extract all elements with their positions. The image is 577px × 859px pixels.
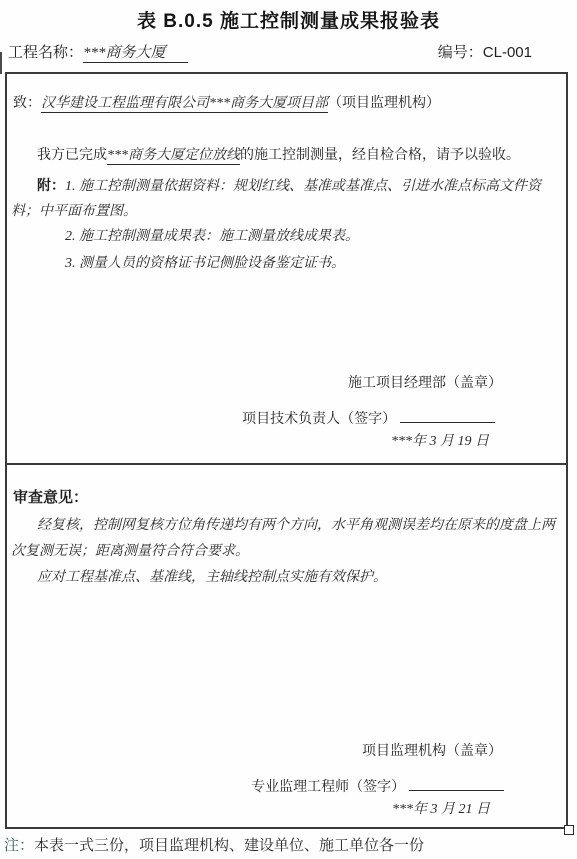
to-suffix: （项目监理机构）: [328, 94, 440, 110]
footer-note-text: 本表一式三份，项目监理机构、建设单位、施工单位各一份: [34, 837, 424, 854]
supervisor-date: ***年 3 月 21 日: [7, 798, 566, 820]
contractor-stamp-label: 施工项目经理部（盖章）: [7, 372, 566, 392]
form-title: 表 B.0.5 施工控制测量成果报验表: [0, 6, 577, 33]
project-name-label: 工程名称：: [8, 44, 83, 61]
supervisor-signature-blank: [409, 777, 504, 791]
supervisor-stamp-text: 项目监理机构（盖章）: [362, 742, 502, 758]
review-paragraph-line-2: 次复测无误；距离测量符合符合要求。: [11, 542, 249, 562]
attachment-line-1: 附：1. 施工控制测量依据资料：规划红线、基准或基准点、引进水准点标高文件资: [37, 175, 541, 197]
contractor-date: ***年 3 月 19 日: [7, 430, 566, 452]
contractor-date-value: ***年 3 月 19 日: [391, 434, 489, 449]
footer-note: 注：本表一式三份，项目监理机构、建设单位、施工单位各一份: [4, 836, 424, 856]
contractor-signature-line: 项目技术负责人（签字）: [7, 408, 566, 428]
supervisor-signature-line: 专业监理工程师（签字）: [7, 776, 566, 796]
supervisor-date-value: ***年 3 月 21 日: [392, 802, 490, 817]
review-opinion-label: 审查意见：: [13, 488, 88, 508]
to-line: 致：汉华建设工程监理有限公司***商务大厦项目部（项目监理机构）: [13, 92, 440, 114]
to-value: 汉华建设工程监理有限公司***商务大厦项目部: [41, 96, 328, 113]
project-name-row: 工程名称：***商务大厦: [8, 43, 188, 63]
footer-note-label: 注：: [4, 837, 34, 854]
attachment-item-3: 3. 测量人员的资格证书记侧脸设备鉴定证书。: [65, 254, 345, 274]
project-name-value: ***商务大厦: [83, 45, 188, 63]
attachment-item-2: 2. 施工控制测量成果表：施工测量放线成果表。: [65, 227, 359, 247]
review-paragraph-2: 应对工程基准点、基准线，主轴线控制点实施有效保护。: [37, 568, 387, 588]
doc-number-value: CL-001: [483, 44, 532, 61]
attachment-item-1: 1. 施工控制测量依据资料：规划红线、基准或基准点、引进水准点标高文件资: [65, 179, 541, 194]
contractor-sign-label: 项目技术负责人（签字）: [242, 410, 396, 426]
attachment-label: 附：: [37, 177, 65, 193]
doc-number: 编号：CL-001: [438, 43, 532, 63]
supervisor-sign-label: 专业监理工程师（签字）: [251, 778, 405, 794]
to-label: 致：: [13, 94, 41, 110]
request-underlined-value: ***商务大厦定位放线: [107, 148, 240, 165]
attachment-line-1-cont: 料；中平面布置图。: [11, 202, 137, 222]
supervisor-stamp-label: 项目监理机构（盖章）: [7, 740, 566, 760]
request-paragraph: 我方已完成***商务大厦定位放线的施工控制测量，经自检合格，请予以验收。: [37, 144, 520, 166]
corner-handle-mark: [564, 825, 574, 835]
request-prefix: 我方已完成: [37, 146, 107, 162]
scan-edge-mark: [0, 52, 2, 74]
form-body-box: 致：汉华建设工程监理有限公司***商务大厦项目部（项目监理机构） 我方已完成**…: [5, 72, 568, 829]
doc-number-label: 编号：: [438, 44, 483, 61]
form-page: 表 B.0.5 施工控制测量成果报验表 工程名称：***商务大厦 编号：CL-0…: [0, 0, 577, 859]
section-divider: [7, 463, 566, 465]
review-paragraph-line-1: 经复核，控制网复核方位角传递均有两个方向，水平角观测误差均在原来的度盘上两: [37, 516, 555, 536]
contractor-stamp-text: 施工项目经理部（盖章）: [348, 374, 502, 390]
contractor-signature-blank: [400, 409, 495, 423]
request-suffix: 的施工控制测量，经自检合格，请予以验收。: [240, 146, 520, 162]
